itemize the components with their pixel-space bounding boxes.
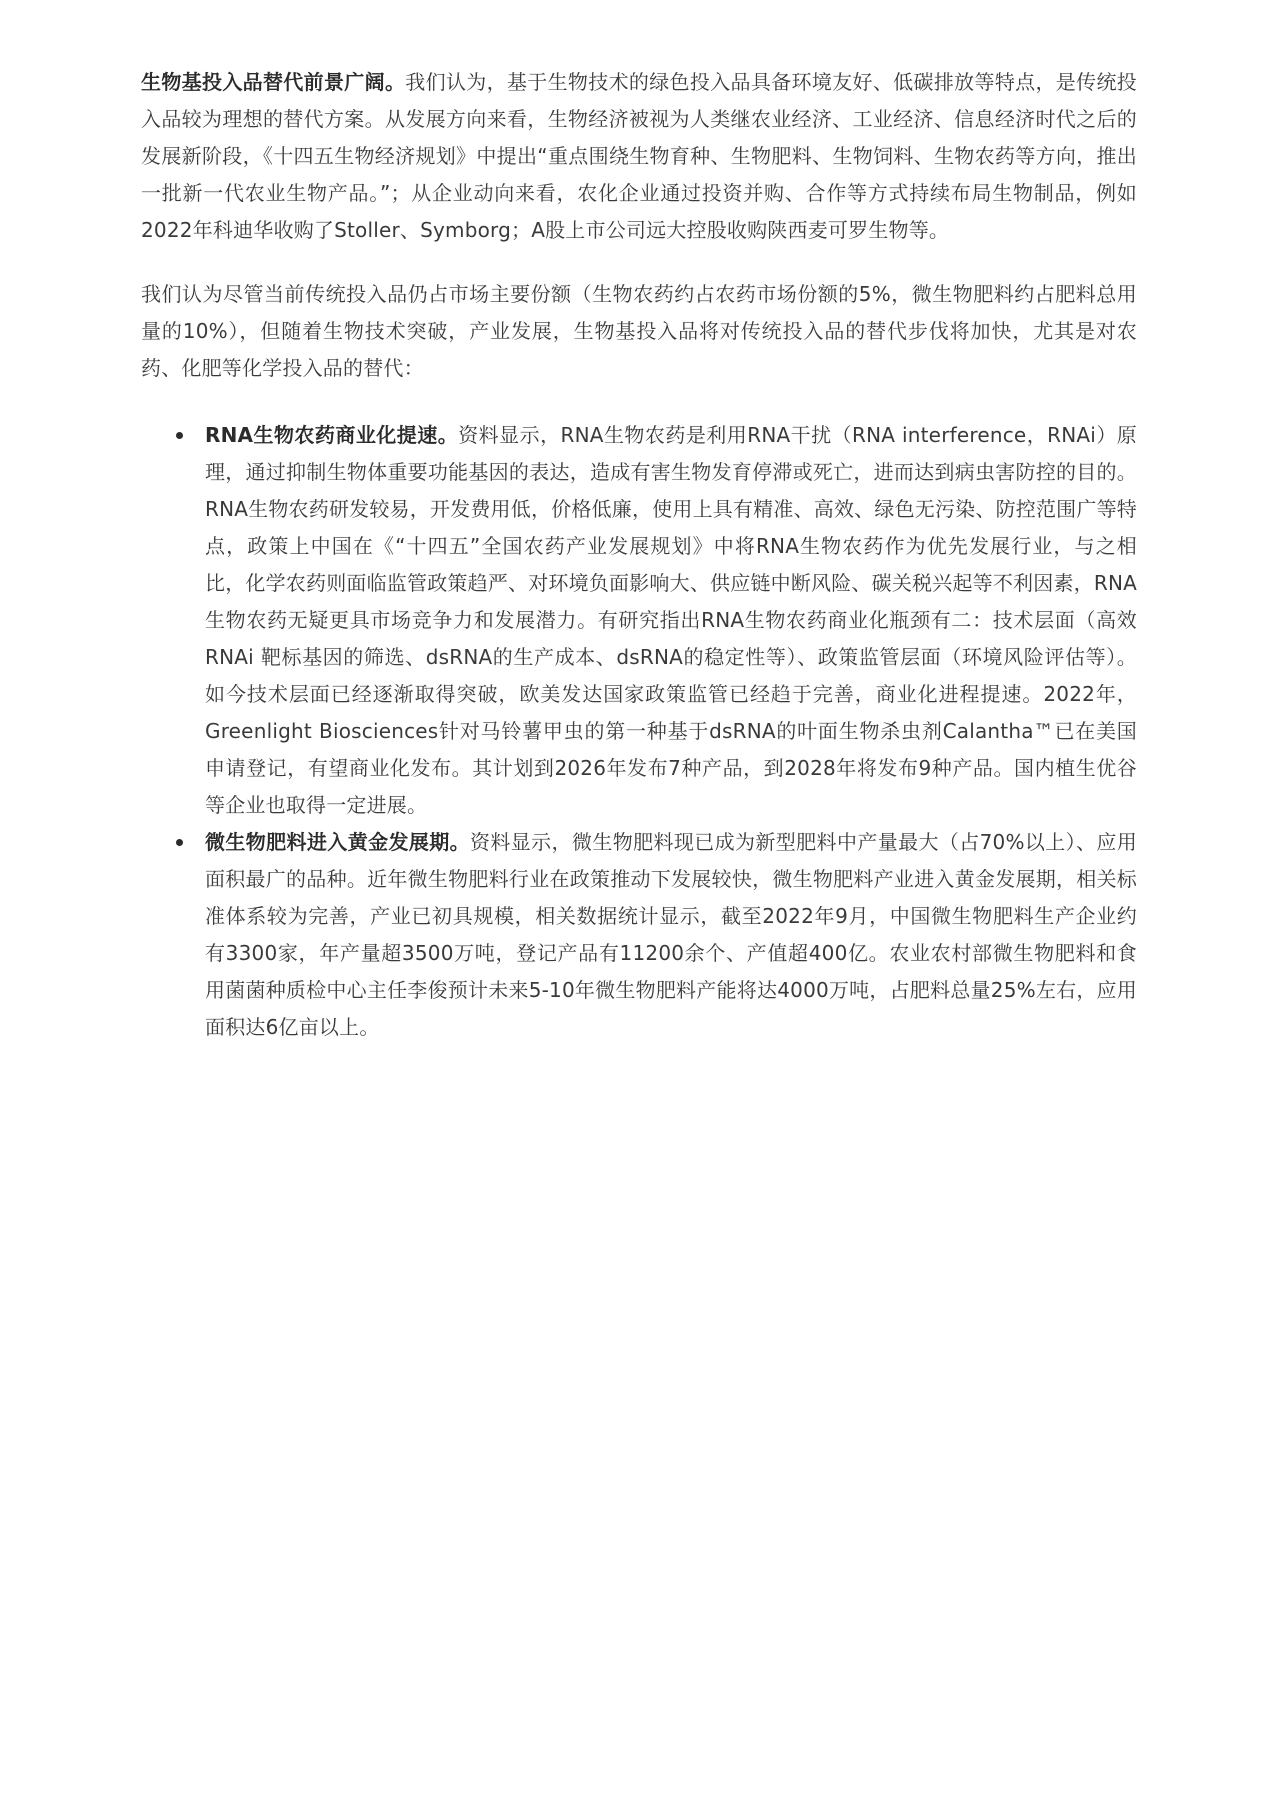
bullet-icon [176,432,183,439]
list-item-lead: RNA生物农药商业化提速。 [205,423,458,447]
paragraph-body: 我们认为尽管当前传统投入品仍占市场主要份额（生物农药约占农药市场份额的5%，微生… [141,282,1137,380]
list-item-lead: 微生物肥料进入黄金发展期。 [205,830,470,854]
document-page: 生物基投入品替代前景广阔。我们认为，基于生物技术的绿色投入品具备环境友好、低碳排… [141,64,1137,1046]
paragraph-bio-inputs-outlook: 生物基投入品替代前景广阔。我们认为，基于生物技术的绿色投入品具备环境友好、低碳排… [141,64,1137,249]
bullet-list: RNA生物农药商业化提速。资料显示，RNA生物农药是利用RNA干扰（RNA in… [141,417,1137,1046]
list-item-rna-pesticides: RNA生物农药商业化提速。资料显示，RNA生物农药是利用RNA干扰（RNA in… [205,417,1137,824]
paragraph-lead: 生物基投入品替代前景广阔。 [141,70,405,94]
paragraph-body: 我们认为，基于生物技术的绿色投入品具备环境友好、低碳排放等特点，是传统投入品较为… [141,70,1137,242]
bullet-icon [176,839,183,846]
list-item-body: 资料显示，RNA生物农药是利用RNA干扰（RNA interference，RN… [205,423,1137,817]
paragraph-substitution-trend: 我们认为尽管当前传统投入品仍占市场主要份额（生物农药约占农药市场份额的5%，微生… [141,276,1137,387]
list-item-body: 资料显示，微生物肥料现已成为新型肥料中产量最大（占70%以上）、应用面积最广的品… [205,830,1137,1039]
list-item-microbial-fertilizer: 微生物肥料进入黄金发展期。资料显示，微生物肥料现已成为新型肥料中产量最大（占70… [205,824,1137,1046]
